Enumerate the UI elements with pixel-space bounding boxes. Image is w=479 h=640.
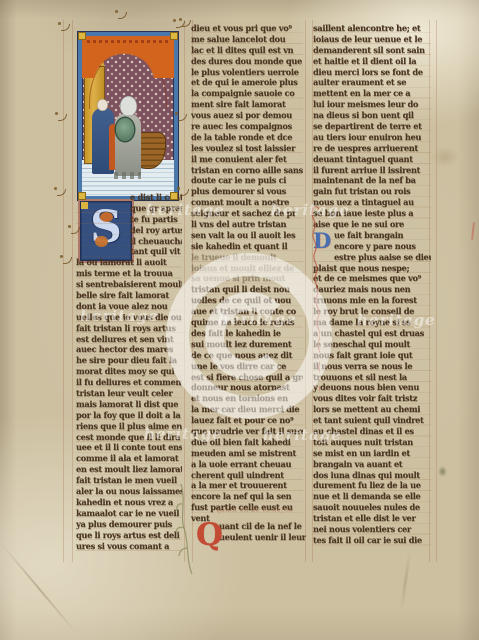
pen-initial-q: Q <box>196 519 223 551</box>
olive-penwork-flourish <box>176 478 198 578</box>
manuscript-text-line: dauriez mais nous nen <box>313 284 431 295</box>
manuscript-text-line: encore y pare nous <box>334 241 431 252</box>
initial-d-paragraph: D ue fait brangainencore y pare nous <box>313 230 431 252</box>
manuscript-text-line: ue fait brangain <box>334 230 431 241</box>
manuscript-text-line: del roy artus <box>76 225 182 236</box>
manuscript-text-line: la compaignie sauoie co <box>191 88 303 99</box>
manuscript-text-line: meuden ami se mistrent <box>191 448 303 459</box>
manuscript-text-line: a la uoie errant cheuau <box>191 459 303 470</box>
manuscript-text-line: les voulez si tost laissier <box>191 143 303 154</box>
manuscript-text-line: saillent alencontre he; et <box>313 23 431 34</box>
parchment-stain <box>438 466 447 477</box>
manuscript-text-line: au tiers iour enuiron heu <box>313 132 431 143</box>
manuscript-text-line: et tant suient quil vindret <box>313 415 431 426</box>
copyright-watermark: © <box>166 253 332 419</box>
heritage-watermark: heritage <box>144 425 223 443</box>
manuscript-text-line: doute car ie ne puis ci <box>191 175 303 186</box>
rubricator-guide-text: quant cil de la nef le <box>216 506 293 514</box>
manuscript-text-line: la ou lamorat li auoit <box>76 257 182 268</box>
manuscript-text-line: y deuons nous bien venu <box>313 382 431 393</box>
manuscript-text-line: ioiaus de leur uenue et le <box>313 34 431 45</box>
manuscript-text-line: mais lamorat li dist que <box>76 399 182 410</box>
gold-corner <box>170 32 178 40</box>
text-column-right: saillent alencontre he; etioiaus de leur… <box>313 23 431 546</box>
pen-hook-mark <box>57 189 66 196</box>
manuscript-text-line: aise que ie ne sui ore <box>313 219 431 230</box>
red-edge-mark <box>471 222 475 240</box>
heritage-watermark: heritage <box>357 311 436 329</box>
manuscript-text-line: deuant tintaguel quant <box>313 154 431 165</box>
manuscript-text-line: tes fait il oil car ie sui die <box>313 535 431 546</box>
pen-hook-mark <box>180 189 189 196</box>
manuscript-text-line: des dures dou monde que <box>191 56 303 67</box>
manuscript-text-line: durement fu liez de la ue <box>313 480 431 491</box>
manuscript-text-line: uee et il li conte tout ensi <box>76 442 182 453</box>
manuscript-text-line: tant quil vit <box>76 246 182 257</box>
manuscript-text-line: trouuons et sil nest la <box>313 372 431 383</box>
manuscript-text-line: ya plus demourer puis <box>76 519 182 530</box>
manuscript-text-line: demanderent sil sont sain <box>313 45 431 56</box>
heritage-watermark: heritage <box>146 201 225 219</box>
manuscript-text-line: se mist en un iardin et <box>313 448 431 459</box>
parchment-stain <box>430 146 460 168</box>
miniature-painting <box>78 32 178 200</box>
manuscript-text-line: re de uespres arriuerent <box>313 143 431 154</box>
manuscript-text-line: dieu merci lors se font de <box>313 67 431 78</box>
manuscript-text-line: comme il ala et lamorat <box>76 453 182 464</box>
gold-corner <box>78 32 86 40</box>
manuscript-text-line: et de ce meismes que vo⁹ <box>313 273 431 284</box>
manuscript-text-line: que li roys artus est deli <box>76 530 182 541</box>
parchment-stain <box>400 550 412 612</box>
manuscript-text-line: por la foy que il doit a la <box>76 410 182 421</box>
manuscript-text-line: il fu deliures et comment <box>76 377 182 388</box>
manuscript-text-line: sauoit nouueles nules de <box>313 502 431 513</box>
manuscript-text-line: il me conuient aler fet <box>191 154 303 165</box>
gold-corner <box>78 192 86 200</box>
manuscript-text-line: gain fut tristan ou rois <box>313 186 431 197</box>
manuscript-text-line: a la mer et trouuerent <box>191 480 303 491</box>
manuscript-text-line: fait tristan ie men vueil <box>76 475 182 486</box>
manuscript-text-line: lui iour meismes leur do <box>313 99 431 110</box>
manuscript-text-line: morat dites moy se qui <box>76 366 182 377</box>
manuscript-text-line: et haitie et il dient oil la <box>313 56 431 67</box>
figure-feet <box>114 172 141 179</box>
manuscript-text-line: vous dites voir fait tristz <box>313 393 431 404</box>
heritage-watermark: heritage <box>218 310 297 328</box>
text-column-left: e dist li contesque qr apreste fu partis… <box>76 192 182 551</box>
manuscript-text-line: brangain va auant et <box>313 459 431 470</box>
manuscript-text-line: cherent quil uindrent <box>191 470 303 481</box>
manuscript-text-line: en est moult liez lamorat <box>76 464 182 475</box>
manuscript-text-line: mettent en la mer ce a <box>313 88 431 99</box>
manuscript-text-line: he sire pour dieu fait la <box>76 355 182 366</box>
heritage-watermark: heritage <box>263 426 342 444</box>
manuscript-text-line: na dieus si bon uent qil <box>313 110 431 121</box>
manuscript-text-line: nue et li demanda se elle <box>313 491 431 502</box>
pen-hook-mark <box>178 114 187 121</box>
manuscript-text-line: plaist que nous nespe; <box>313 263 431 274</box>
manuscript-text-line: dos iuna dinas qui moult <box>313 470 431 481</box>
manuscript-text-line: tristan leur veult celer <box>76 388 182 399</box>
manuscript-text-line: kahedin et nous vrez a <box>76 497 182 508</box>
pen-hook-mark <box>182 20 191 27</box>
manuscript-text-line: vous auez si por demou <box>191 110 303 121</box>
manuscript-text-line: re auec les compaignos <box>191 121 303 132</box>
manuscript-text-line: il cheuaucha <box>76 236 182 247</box>
manuscript-text-line: et de qui ie ameroie plus <box>191 77 303 88</box>
pen-hook-mark <box>118 12 127 19</box>
manuscript-text-line: me salue lancelot dou <box>191 34 303 45</box>
manuscript-text-line: plus demourer si vous <box>191 186 303 197</box>
orange-arch <box>82 36 174 78</box>
parchment-crease <box>0 543 77 635</box>
manuscript-text-line: nous fait grant ioie qut <box>313 350 431 361</box>
manuscript-page: S e dist li contesque qr apreste fu part… <box>0 0 479 640</box>
manuscript-text-line: lors se mettent au chemi <box>313 404 431 415</box>
manuscript-text-line: truuons mie en la forest <box>313 295 431 306</box>
manuscript-text-line: il nous verra se nous le <box>313 361 431 372</box>
manuscript-text-line: kamaalot car ie ne vueil <box>76 508 182 519</box>
ruling-line-vertical <box>436 20 437 562</box>
manuscript-text-line: uant cil de la nef le <box>219 521 306 532</box>
initial-q-paragraph: Q uant cil de la nef leueulent uenir il … <box>196 521 306 543</box>
heritage-watermark: heritage <box>271 201 350 219</box>
green-shield <box>116 118 134 141</box>
manuscript-text-line: mis terme et la trouua <box>76 268 182 279</box>
manuscript-text-line: lac et li dites quil est vn <box>191 45 303 56</box>
copyright-c <box>205 292 293 380</box>
manuscript-text-line: dieu et vous pri que vo⁹ <box>191 23 303 34</box>
manuscript-text-line: nei nous volentiers cer <box>313 524 431 535</box>
pen-hook-mark <box>63 257 72 264</box>
manuscript-text-line: sie kahedin et quant il <box>191 241 303 252</box>
manuscript-text-line: belle sire fait lamorat <box>76 290 182 301</box>
manuscript-text-line: li vns del autre tristan <box>191 219 303 230</box>
manuscript-text-line: ueulent uenir il leur <box>219 532 306 543</box>
ruling-line-vertical <box>72 20 73 562</box>
manuscript-text-line: tristan et elle dist le ver <box>313 513 431 524</box>
manuscript-text-line: si sentrebaisierent moult <box>76 279 182 290</box>
manuscript-text-line: encore la nef qui la sen <box>191 491 303 502</box>
manuscript-text-line: il furent arriue il issirent <box>313 165 431 176</box>
manuscript-text-line: sen vait la ou il auoit les <box>191 230 303 241</box>
pen-hook-mark <box>58 114 67 121</box>
manuscript-text-line: estre plus aaise se dieus <box>334 252 431 263</box>
manuscript-text-line: tristan en corno aille sans <box>191 165 303 176</box>
manuscript-text-line: auiter eraument et se <box>313 77 431 88</box>
manuscript-text-line: aler la ou nous laissames <box>76 486 182 497</box>
manuscript-text-line: ment sire fait lamorat <box>191 99 303 110</box>
manuscript-text-line: de la table ronde et dce <box>191 132 303 143</box>
gold-corner <box>170 192 178 200</box>
manuscript-text-line: ures si vous comant a <box>76 541 182 552</box>
ruling-line-vertical <box>63 20 64 562</box>
heritage-watermark: heritage <box>80 307 159 325</box>
manuscript-text-line: se departirent de terre et <box>313 121 431 132</box>
manuscript-text-line: maintenant de la nef ba <box>313 175 431 186</box>
manuscript-text-line: le plus volentiers uerroie <box>191 67 303 78</box>
pen-hook-mark <box>61 24 70 31</box>
